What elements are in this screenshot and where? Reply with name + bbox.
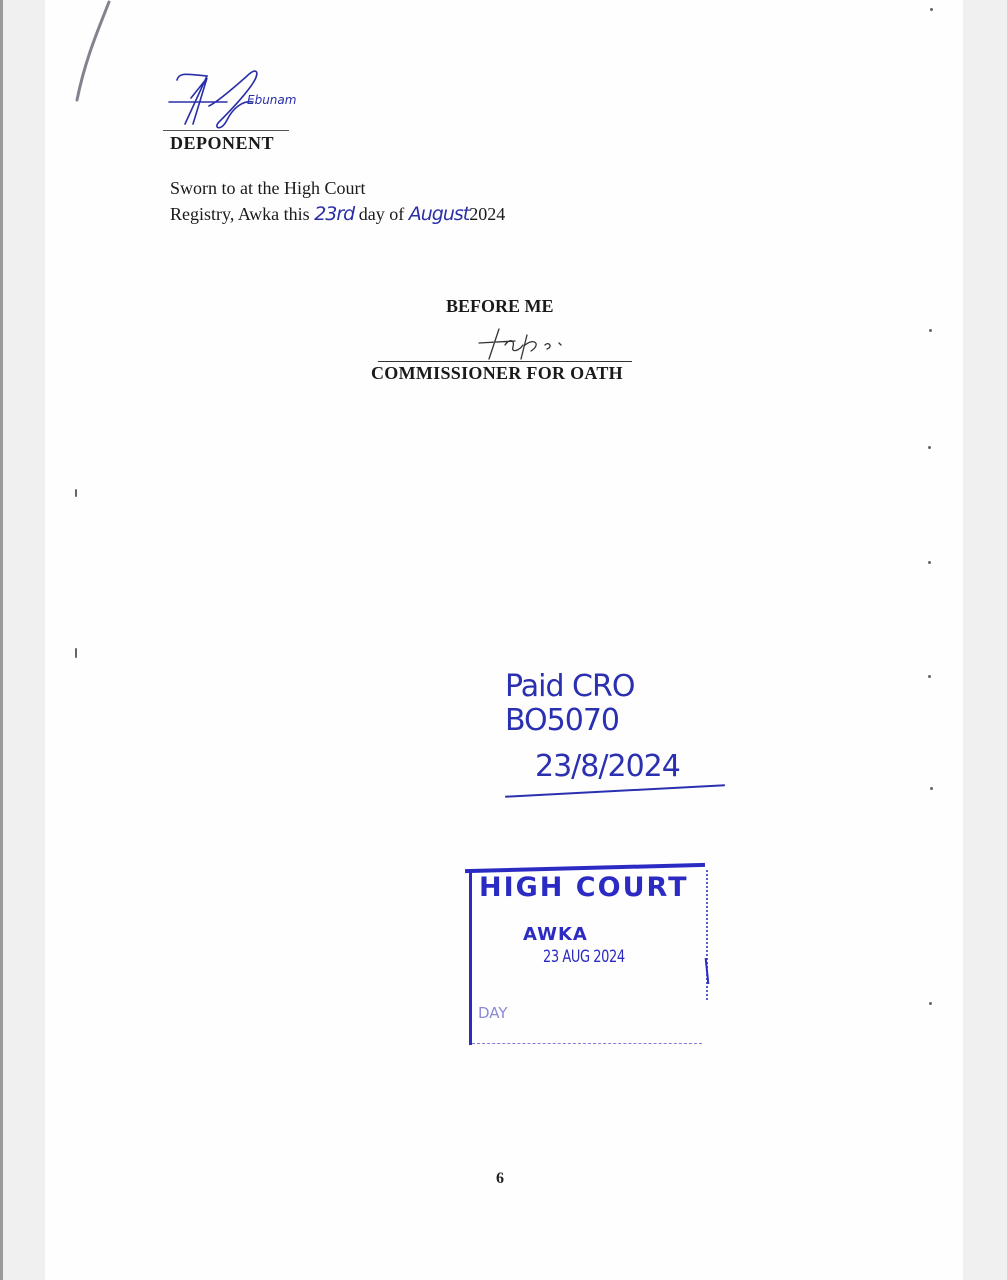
page-number: 6 (496, 1170, 504, 1188)
svg-text:Ebunam: Ebunam (247, 93, 296, 107)
scan-speck (928, 675, 931, 678)
endorsement-line-1: Paid CRO (505, 670, 765, 704)
handwritten-month: August (409, 203, 470, 225)
jurat-year: 2024 (469, 204, 505, 224)
document-page: Ebunam DEPONENT Sworn to at the High Cou… (45, 0, 963, 1280)
before-me-heading: BEFORE ME (446, 296, 554, 317)
jurat-line-1: Sworn to at the High Court (170, 178, 366, 199)
scan-speck (930, 8, 933, 11)
endorsement-date: 23/8/2024 (535, 750, 765, 784)
scan-speck (930, 787, 933, 790)
scan-speck (928, 446, 931, 449)
commissioner-signature-line (378, 361, 632, 362)
deponent-label: DEPONENT (170, 133, 274, 154)
handwritten-day: 23rd (314, 203, 354, 225)
scan-pen-mark (73, 0, 113, 105)
commissioner-signature (475, 325, 595, 365)
jurat-middle: day of (359, 204, 404, 224)
scan-speck (929, 1002, 932, 1005)
stamp-border-left (469, 870, 472, 1045)
jurat-line-2: Registry, Awka this 23rd day of August20… (170, 203, 505, 225)
stamp-date: 23 AUG 2024 (543, 947, 625, 967)
scan-speck (75, 648, 77, 658)
scan-speck (929, 329, 932, 332)
stamp-border-bottom (472, 1043, 702, 1044)
deponent-signature-line (163, 130, 289, 131)
deponent-signature: Ebunam (157, 62, 307, 132)
stamp-title: HIGH COURT (479, 872, 689, 903)
viewer-edge (0, 0, 3, 1280)
jurat-prefix: Registry, Awka this (170, 204, 310, 224)
scan-speck (75, 489, 77, 497)
stamp-city: AWKA (523, 924, 588, 945)
commissioner-label: COMMISSIONER FOR OATH (371, 363, 623, 384)
endorsement-receipt-number: BO5070 (505, 704, 765, 738)
payment-endorsement: Paid CRO BO5070 23/8/2024 (505, 670, 765, 830)
scan-speck (928, 561, 931, 564)
stamp-day-label: DAY (478, 1004, 508, 1022)
